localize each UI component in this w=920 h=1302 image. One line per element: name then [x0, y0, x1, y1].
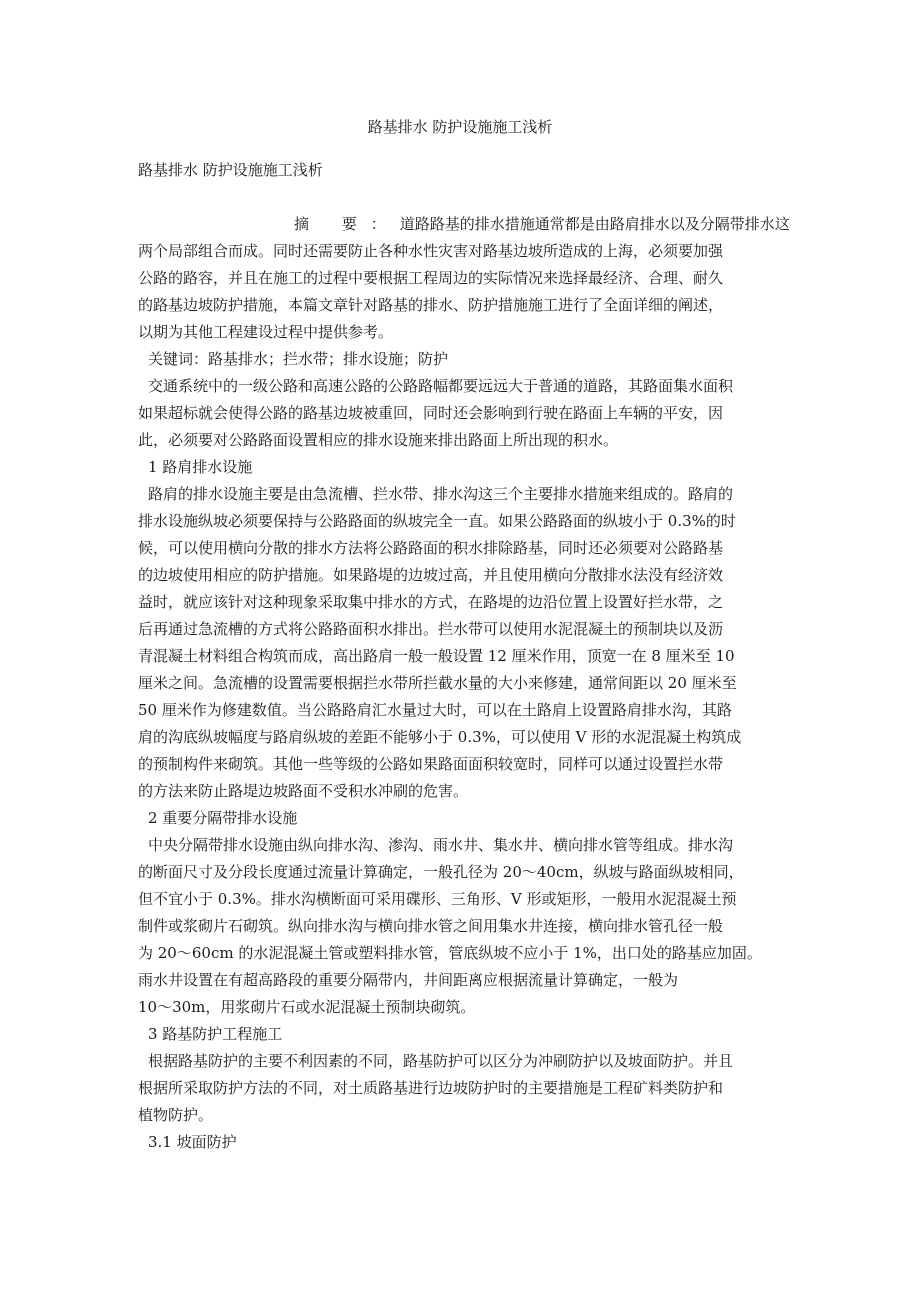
paragraph-line: 根据所采取防护方法的不同，对土质路基进行边坡防护时的主要措施是工程矿料类防护和: [138, 1075, 790, 1102]
paragraph-line: 中央分隔带排水设施由纵向排水沟、渗沟、雨水井、集水井、横向排水管等组成。排水沟: [138, 832, 790, 859]
document-body: 摘 要：道路路基的排水措施通常都是由路肩排水以及分隔带排水这 两个局部组合而成。…: [138, 211, 790, 1156]
abstract-label: 摘 要：: [294, 215, 400, 233]
document-page: 路基排水 防护设施施工浅析 路基排水 防护设施施工浅析 摘 要：道路路基的排水措…: [0, 0, 920, 1302]
intro-line: 交通系统中的一级公路和高速公路的公路路幅都要远远大于普通的道路，其路面集水面积: [138, 373, 790, 400]
paragraph-line: 益时，就应该针对这种现象采取集中排水的方式，在路堤的边沿位置上设置好拦水带，之: [138, 589, 790, 616]
paragraph-line: 的预制构件来砌筑。其他一些等级的公路如果路面面积较宽时，同样可以通过设置拦水带: [138, 751, 790, 778]
paragraph-line: 但不宜小于 0.3%。排水沟横断面可采用碟形、三角形、V 形或矩形，一般用水泥混…: [138, 886, 790, 913]
section-heading: 1 路肩排水设施: [138, 454, 790, 481]
paragraph-line: 10～30m，用浆砌片石或水泥混凝土预制块砌筑。: [138, 994, 790, 1021]
paragraph-line: 排水设施纵坡必须要保持与公路路面的纵坡完全一直。如果公路路面的纵坡小于 0.3%…: [138, 508, 790, 535]
paragraph-line: 的边坡使用相应的防护措施。如果路堤的边坡过高，并且使用横向分散排水法没有经济效: [138, 562, 790, 589]
paragraph-line: 青混凝土材料组合构筑而成，高出路肩一般一般设置 12 厘米作用，顶宽一在 8 厘…: [138, 643, 790, 670]
paragraph-line: 候，可以使用横向分散的排水方法将公路路面的积水排除路基，同时还必须要对公路路基: [138, 535, 790, 562]
section-heading: 2 重要分隔带排水设施: [138, 805, 790, 832]
paragraph-line: 植物防护。: [138, 1102, 790, 1129]
abstract-line: 的路基边坡防护措施，本篇文章针对路基的排水、防护措施施工进行了全面详细的阐述，: [138, 292, 790, 319]
paragraph-line: 50 厘米作为修建数值。当公路路肩汇水量过大时，可以在土路肩上设置路肩排水沟，其…: [138, 697, 790, 724]
paragraph-line: 肩的沟底纵坡幅度与路肩纵坡的差距不能够小于 0.3%，可以使用 V 形的水泥混凝…: [138, 724, 790, 751]
paragraph-line: 制件或浆砌片石砌筑。纵向排水沟与横向排水管之间用集水井连接，横向排水管孔径一般: [138, 913, 790, 940]
abstract-line: 公路的路容，并且在施工的过程中要根据工程周边的实际情况来选择最经济、合理、耐久: [138, 265, 790, 292]
abstract-text: 道路路基的排水措施通常都是由路肩排水以及分隔带排水这: [400, 215, 790, 233]
paragraph-line: 雨水井设置在有超高路段的重要分隔带内，井间距离应根据流量计算确定，一般为: [138, 967, 790, 994]
paragraph-line: 后再通过急流槽的方式将公路路面积水排出。拦水带可以使用水泥混凝土的预制块以及沥: [138, 616, 790, 643]
paragraph-line: 厘米之间。急流槽的设置需要根据拦水带所拦截水量的大小来修建，通常间距以 20 厘…: [138, 670, 790, 697]
paragraph-line: 的方法来防止路堤边坡路面不受积水冲刷的危害。: [138, 778, 790, 805]
paragraph-line: 为 20～60cm 的水泥混凝土管或塑料排水管，管底纵坡不应小于 1%，出口处的…: [138, 940, 790, 967]
abstract-line: 两个局部组合而成。同时还需要防止各种水性灾害对路基边坡所造成的上海，必须要加强: [138, 238, 790, 265]
paragraph-line: 的断面尺寸及分段长度通过流量计算确定，一般孔径为 20～40cm，纵坡与路面纵坡…: [138, 859, 790, 886]
document-title: 路基排水 防护设施施工浅析: [0, 117, 920, 137]
abstract-line: 摘 要：道路路基的排水措施通常都是由路肩排水以及分隔带排水这: [138, 211, 790, 238]
subsection-heading: 3.1 坡面防护: [138, 1129, 790, 1156]
intro-line: 此，必须要对公路路面设置相应的排水设施来排出路面上所出现的积水。: [138, 427, 790, 454]
paragraph-line: 根据路基防护的主要不利因素的不同，路基防护可以区分为冲刷防护以及坡面防护。并且: [138, 1048, 790, 1075]
intro-line: 如果超标就会使得公路的路基边坡被重回，同时还会影响到行驶在路面上车辆的平安，因: [138, 400, 790, 427]
keywords: 关键词：路基排水；拦水带；排水设施；防护: [138, 346, 790, 373]
abstract-line: 以期为其他工程建设过程中提供参考。: [138, 319, 790, 346]
section-heading: 3 路基防护工程施工: [138, 1021, 790, 1048]
paragraph-line: 路肩的排水设施主要是由急流槽、拦水带、排水沟这三个主要排水措施来组成的。路肩的: [138, 481, 790, 508]
document-subtitle: 路基排水 防护设施施工浅析: [138, 160, 323, 180]
